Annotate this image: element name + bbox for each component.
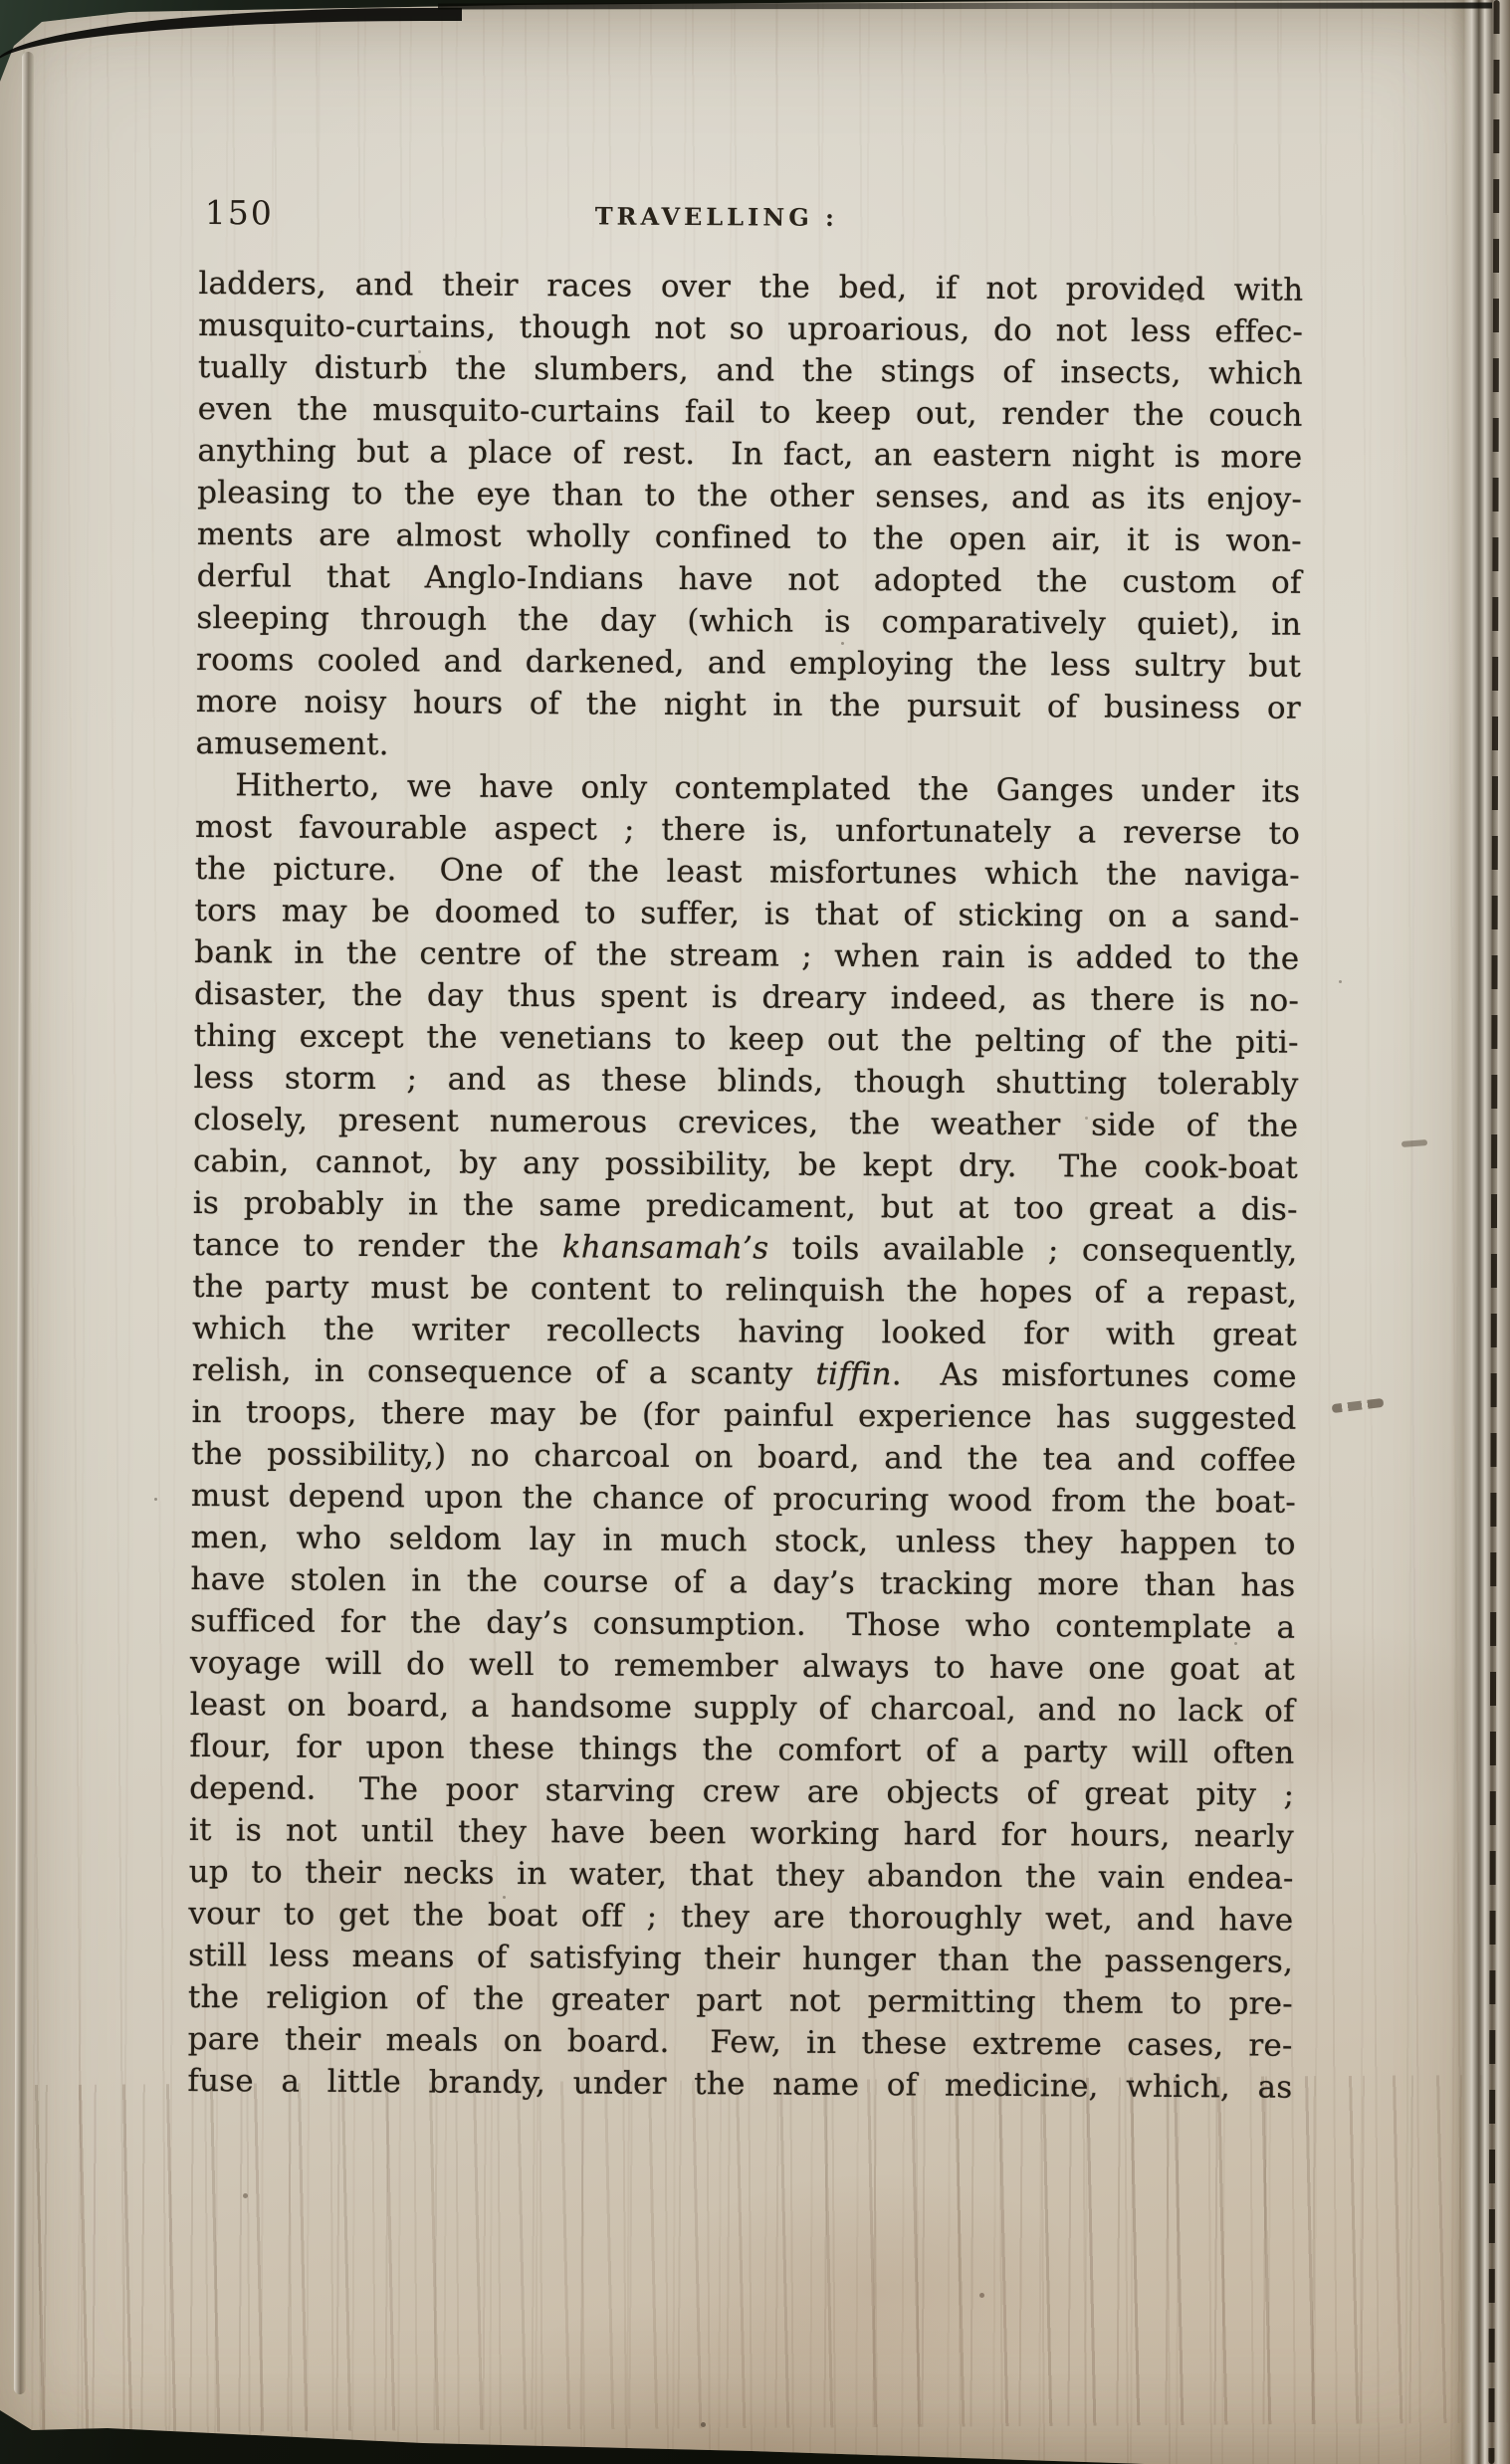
text-line: must depend upon the chance of procuring… xyxy=(191,1475,1296,1524)
text-line: tance to render the khansamah’s toils av… xyxy=(192,1224,1297,1273)
text-line: even the musquito-curtains fail to keep … xyxy=(198,388,1303,437)
text-line: ladders, and their races over the bed, i… xyxy=(198,263,1303,311)
text-line: amusement. xyxy=(195,722,1300,771)
book-page: 150 TRAVELLING : ladders, and their race… xyxy=(0,0,1510,2464)
page-content: 150 TRAVELLING : ladders, and their race… xyxy=(187,191,1304,2109)
paper-specks xyxy=(0,0,3,3)
text-line: pare their meals on board. Few, in these… xyxy=(188,2018,1293,2067)
text-line: which the writer recollects having looke… xyxy=(192,1308,1297,1356)
text-line: it is not until they have been working h… xyxy=(189,1809,1294,1858)
text-line: have stolen in the course of a day’s tra… xyxy=(190,1558,1295,1607)
text-line: tually disturb the slumbers, and the sti… xyxy=(198,346,1303,395)
body-text: ladders, and their races over the bed, i… xyxy=(187,263,1303,2109)
text-line: still less means of satisfying their hun… xyxy=(188,1935,1293,1983)
book-fore-edge xyxy=(1450,0,1510,2464)
page-header: 150 TRAVELLING : xyxy=(199,191,1304,244)
text-line: sufficed for the day’s consumption. Thos… xyxy=(190,1600,1295,1649)
page-top-edge xyxy=(438,3,1492,10)
text-line: men, who seldom lay in much stock, unles… xyxy=(191,1517,1296,1565)
text-line: flour, for upon these things the comfort… xyxy=(189,1726,1294,1774)
text-line: the religion of the greater part not per… xyxy=(188,1976,1293,2025)
text-line: is probably in the same predicament, but… xyxy=(193,1182,1298,1231)
text-line: Hitherto, we have only contemplated the … xyxy=(195,764,1300,813)
text-line: depend. The poor starving crew are objec… xyxy=(189,1767,1294,1816)
paragraph: Hitherto, we have only contemplated the … xyxy=(187,764,1300,2109)
text-line: bank in the centre of the stream ; when … xyxy=(194,931,1299,980)
text-line: voyage will do well to remember always t… xyxy=(190,1642,1295,1691)
text-line: less storm ; and as these blinds, though… xyxy=(193,1057,1298,1106)
text-line: ments are almost wholly confined to the … xyxy=(197,513,1302,562)
text-line: anything but a place of rest. In fact, a… xyxy=(197,430,1302,479)
showthrough-lines-bottom xyxy=(0,2075,1510,2434)
text-line: disaster, the day thus spent is dreary i… xyxy=(194,973,1299,1022)
text-line: fuse a little brandy, under the name of … xyxy=(187,2060,1292,2109)
scanned-book-photo: { "document_type": "scanned book page", … xyxy=(0,0,1510,2464)
paragraph: ladders, and their races over the bed, i… xyxy=(195,263,1303,771)
text-line: closely, present numerous crevices, the … xyxy=(193,1099,1298,1147)
text-line: vour to get the boat off ; they are thor… xyxy=(188,1893,1293,1942)
text-line: in troops, there may be (for painful exp… xyxy=(191,1391,1296,1440)
text-line: the possibility,) no charcoal on board, … xyxy=(191,1433,1296,1482)
text-line: rooms cooled and darkened, and employing… xyxy=(196,639,1301,688)
text-line: more noisy hours of the night in the pur… xyxy=(196,681,1301,729)
text-line: least on board, a handsome supply of cha… xyxy=(190,1684,1295,1733)
text-line: musquito-curtains, though not so uproari… xyxy=(198,305,1303,353)
text-line: thing except the venetians to keep out t… xyxy=(194,1015,1299,1064)
text-line: pleasing to the eye than to the other se… xyxy=(197,472,1302,520)
text-line: up to their necks in water, that they ab… xyxy=(189,1851,1294,1900)
text-line: the party must be content to relinquish … xyxy=(192,1266,1297,1315)
text-line: cabin, cannot, by any possibility, be ke… xyxy=(193,1140,1298,1189)
text-line: relish, in consequence of a scanty tiffi… xyxy=(192,1349,1297,1398)
running-header: TRAVELLING : xyxy=(199,199,1234,234)
text-line: most favourable aspect ; there is, unfor… xyxy=(195,806,1300,855)
text-line: the picture. One of the least misfortune… xyxy=(195,848,1300,897)
text-line: derful that Anglo-Indians have not adopt… xyxy=(197,555,1302,604)
text-line: tors may be doomed to suffer, is that of… xyxy=(194,890,1299,938)
text-line: sleeping through the day (which is compa… xyxy=(196,597,1301,646)
